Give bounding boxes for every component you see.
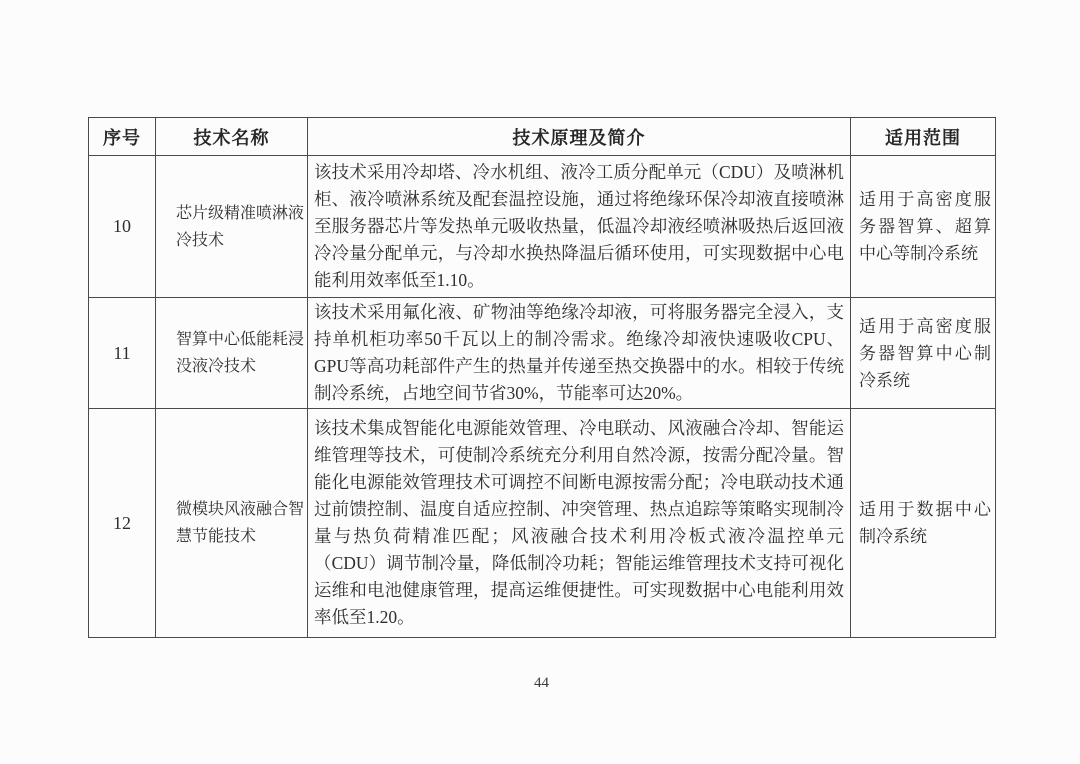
table-row: 12 微模块风液融合智慧节能技术 该技术集成智能化电源能效管理、冷电联动、风液融… xyxy=(89,409,996,638)
row-serial-number: 11 xyxy=(89,298,156,409)
row-scope: 适用于高密度服务器智算、超算中心等制冷系统 xyxy=(851,156,996,298)
header-technology-name: 技术名称 xyxy=(156,118,308,156)
row-scope: 适用于数据中心制冷系统 xyxy=(851,409,996,638)
technology-table: 序号 技术名称 技术原理及简介 适用范围 10 芯片级精准喷淋液冷技术 该技术采… xyxy=(88,117,996,638)
row-technology-name: 智算中心低能耗浸没液冷技术 xyxy=(156,298,308,409)
page-number: 44 xyxy=(88,675,995,692)
row-serial-number: 12 xyxy=(89,409,156,638)
header-applicable-scope: 适用范围 xyxy=(851,118,996,156)
row-scope: 适用于高密度服务器智算中心制冷系统 xyxy=(851,298,996,409)
header-principle-introduction: 技术原理及简介 xyxy=(308,118,851,156)
row-description: 该技术采用冷却塔、冷水机组、液冷工质分配单元（CDU）及喷淋机柜、液冷喷淋系统及… xyxy=(308,156,851,298)
document-page: 序号 技术名称 技术原理及简介 适用范围 10 芯片级精准喷淋液冷技术 该技术采… xyxy=(0,0,1080,764)
table-header-row: 序号 技术名称 技术原理及简介 适用范围 xyxy=(89,118,996,156)
row-description: 该技术集成智能化电源能效管理、冷电联动、风液融合冷却、智能运维管理等技术，可使制… xyxy=(308,409,851,638)
table-row: 10 芯片级精准喷淋液冷技术 该技术采用冷却塔、冷水机组、液冷工质分配单元（CD… xyxy=(89,156,996,298)
header-serial-number: 序号 xyxy=(89,118,156,156)
table-row: 11 智算中心低能耗浸没液冷技术 该技术采用氟化液、矿物油等绝缘冷却液，可将服务… xyxy=(89,298,996,409)
row-technology-name: 微模块风液融合智慧节能技术 xyxy=(156,409,308,638)
row-description: 该技术采用氟化液、矿物油等绝缘冷却液，可将服务器完全浸入，支持单机柜功率50千瓦… xyxy=(308,298,851,409)
row-serial-number: 10 xyxy=(89,156,156,298)
row-technology-name: 芯片级精准喷淋液冷技术 xyxy=(156,156,308,298)
